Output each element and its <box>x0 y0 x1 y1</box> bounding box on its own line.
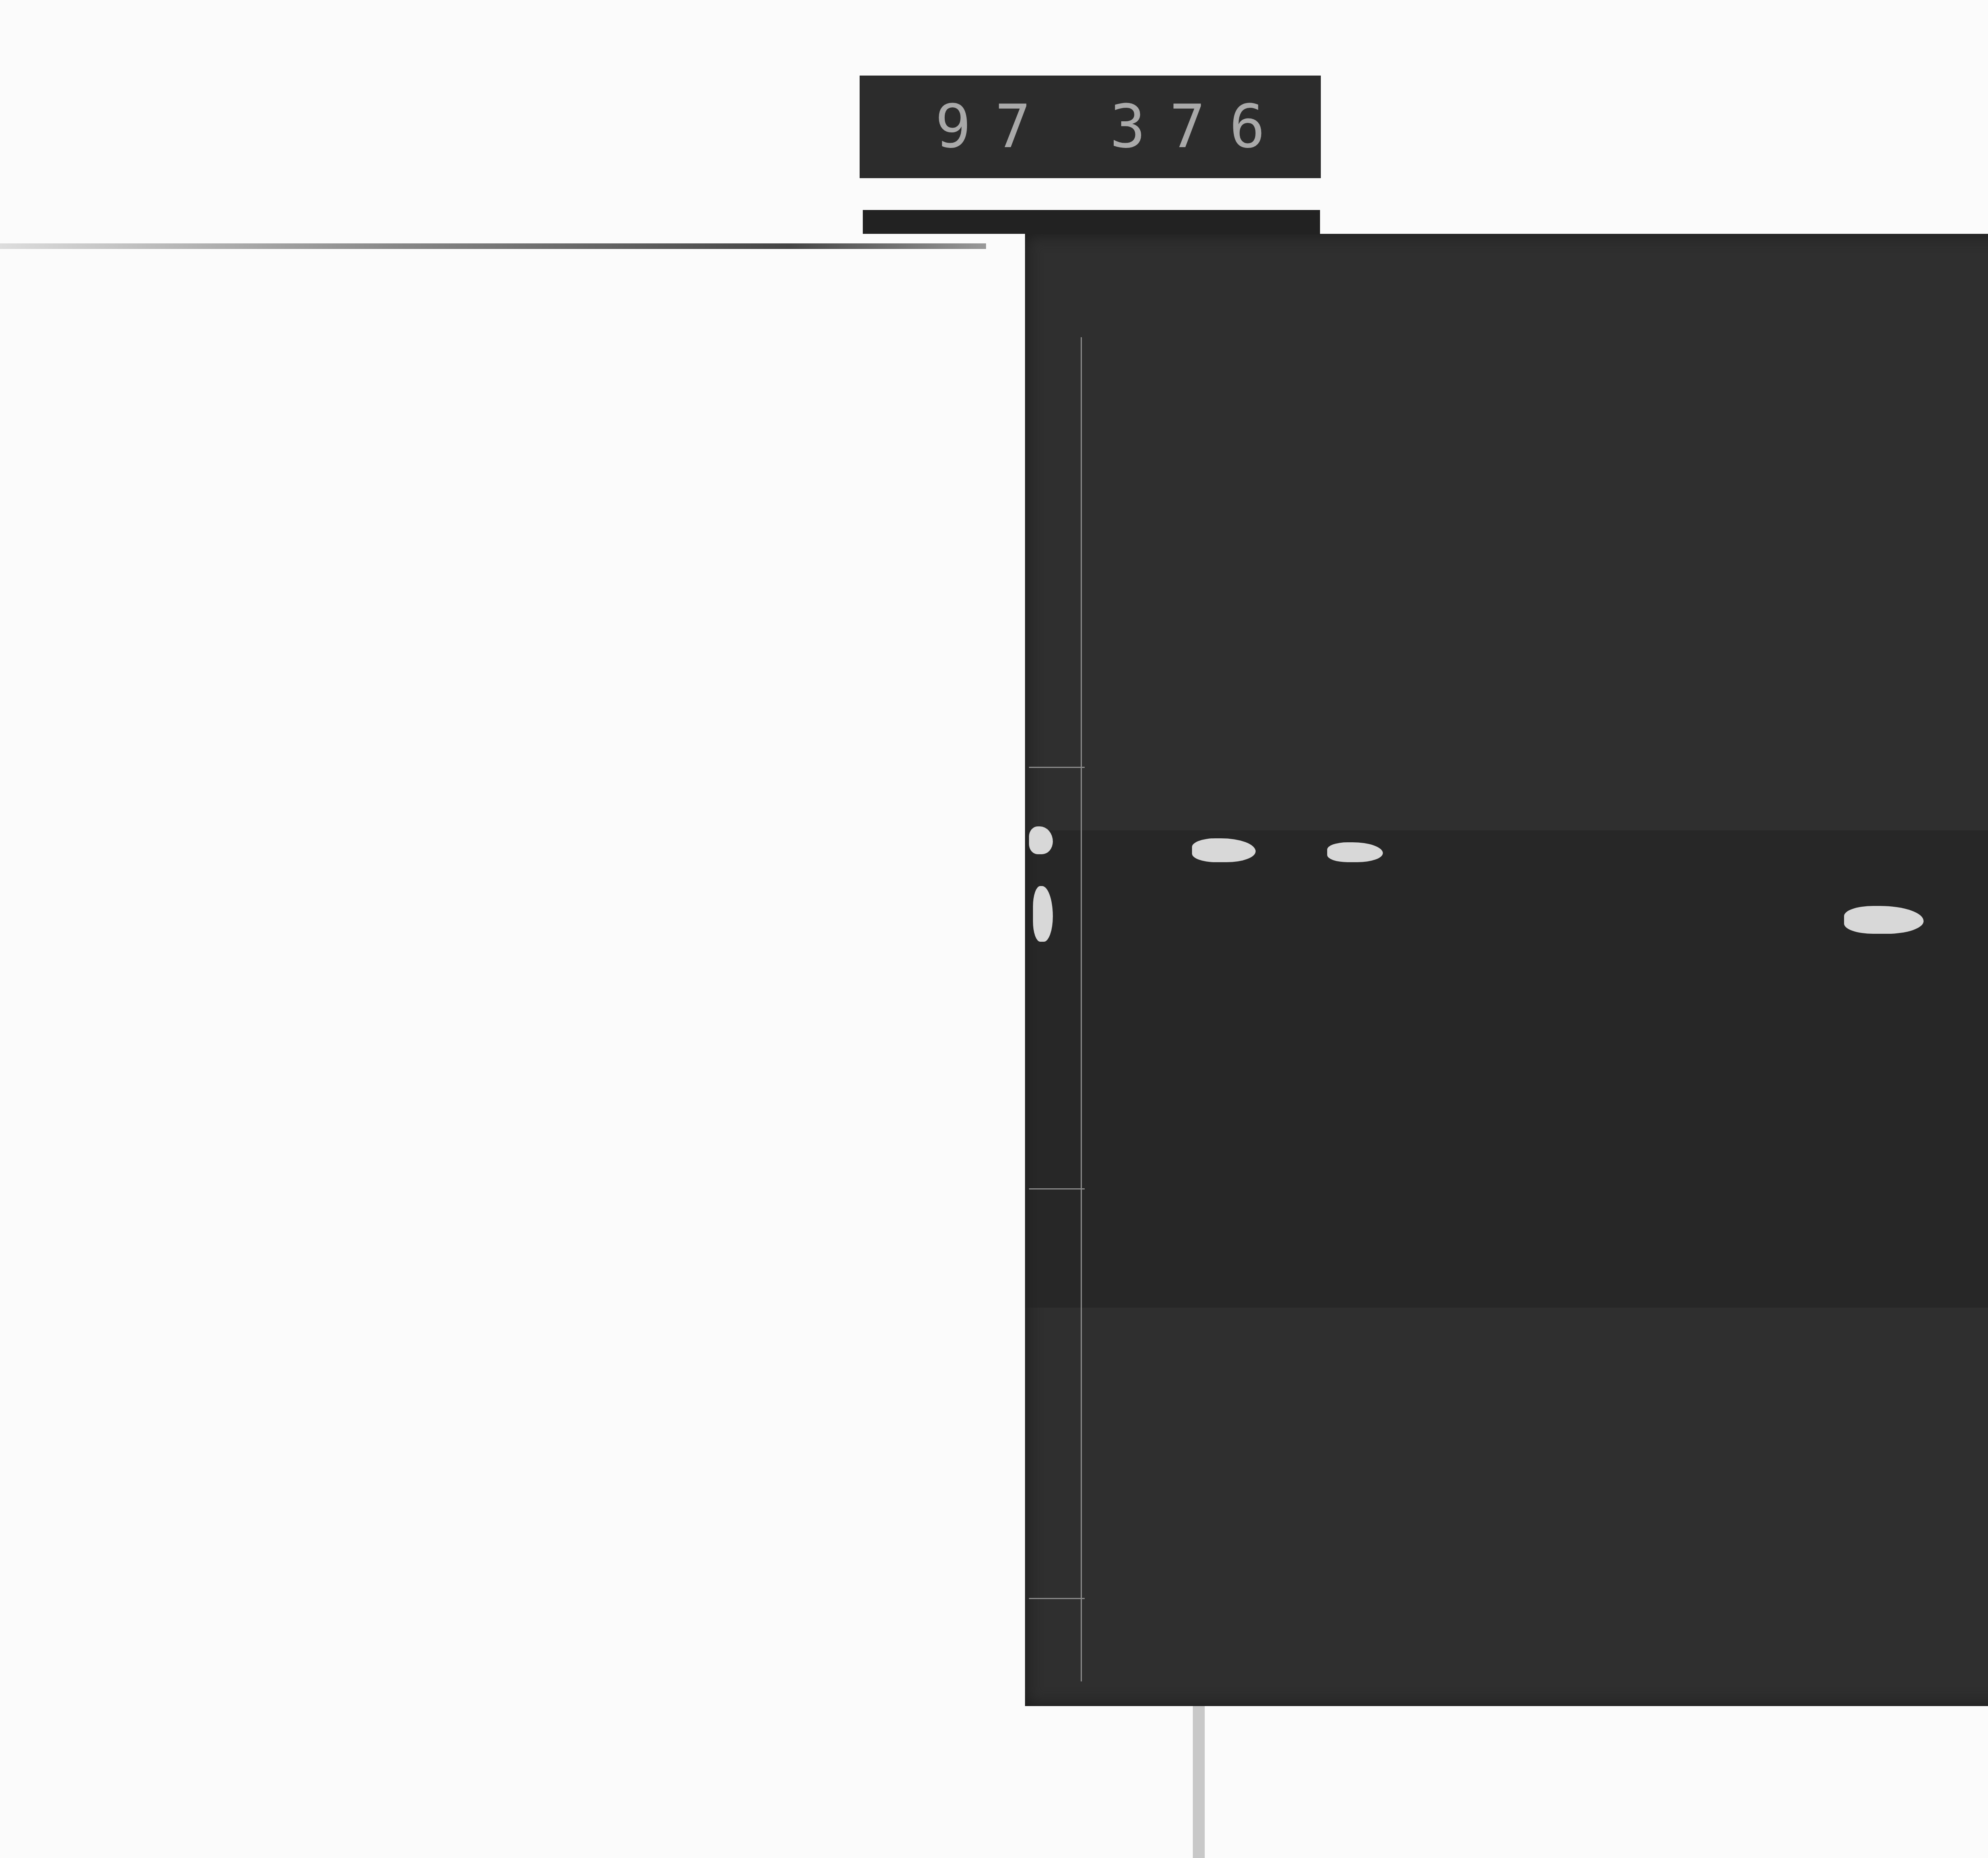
cover-wear-mark <box>1029 826 1053 854</box>
binding-stitch <box>1029 1188 1085 1189</box>
book-stand <box>1193 1706 1205 1858</box>
cover-wear-mark <box>1844 906 1924 934</box>
label-right-number: 376 <box>1110 92 1289 161</box>
label-strip <box>863 210 1320 234</box>
cover-wear-mark <box>1033 886 1053 942</box>
ruler-line <box>0 243 986 249</box>
catalog-number-label: 97 376 <box>860 76 1321 178</box>
binding-stitch <box>1029 767 1085 768</box>
binding-stitch <box>1029 1598 1085 1599</box>
binding-thread <box>1081 337 1082 1681</box>
book-cover <box>1025 234 1988 1706</box>
cover-wear-mark <box>1327 842 1383 862</box>
label-left-number: 97 <box>935 92 1055 161</box>
cover-wear-mark <box>1192 838 1256 862</box>
